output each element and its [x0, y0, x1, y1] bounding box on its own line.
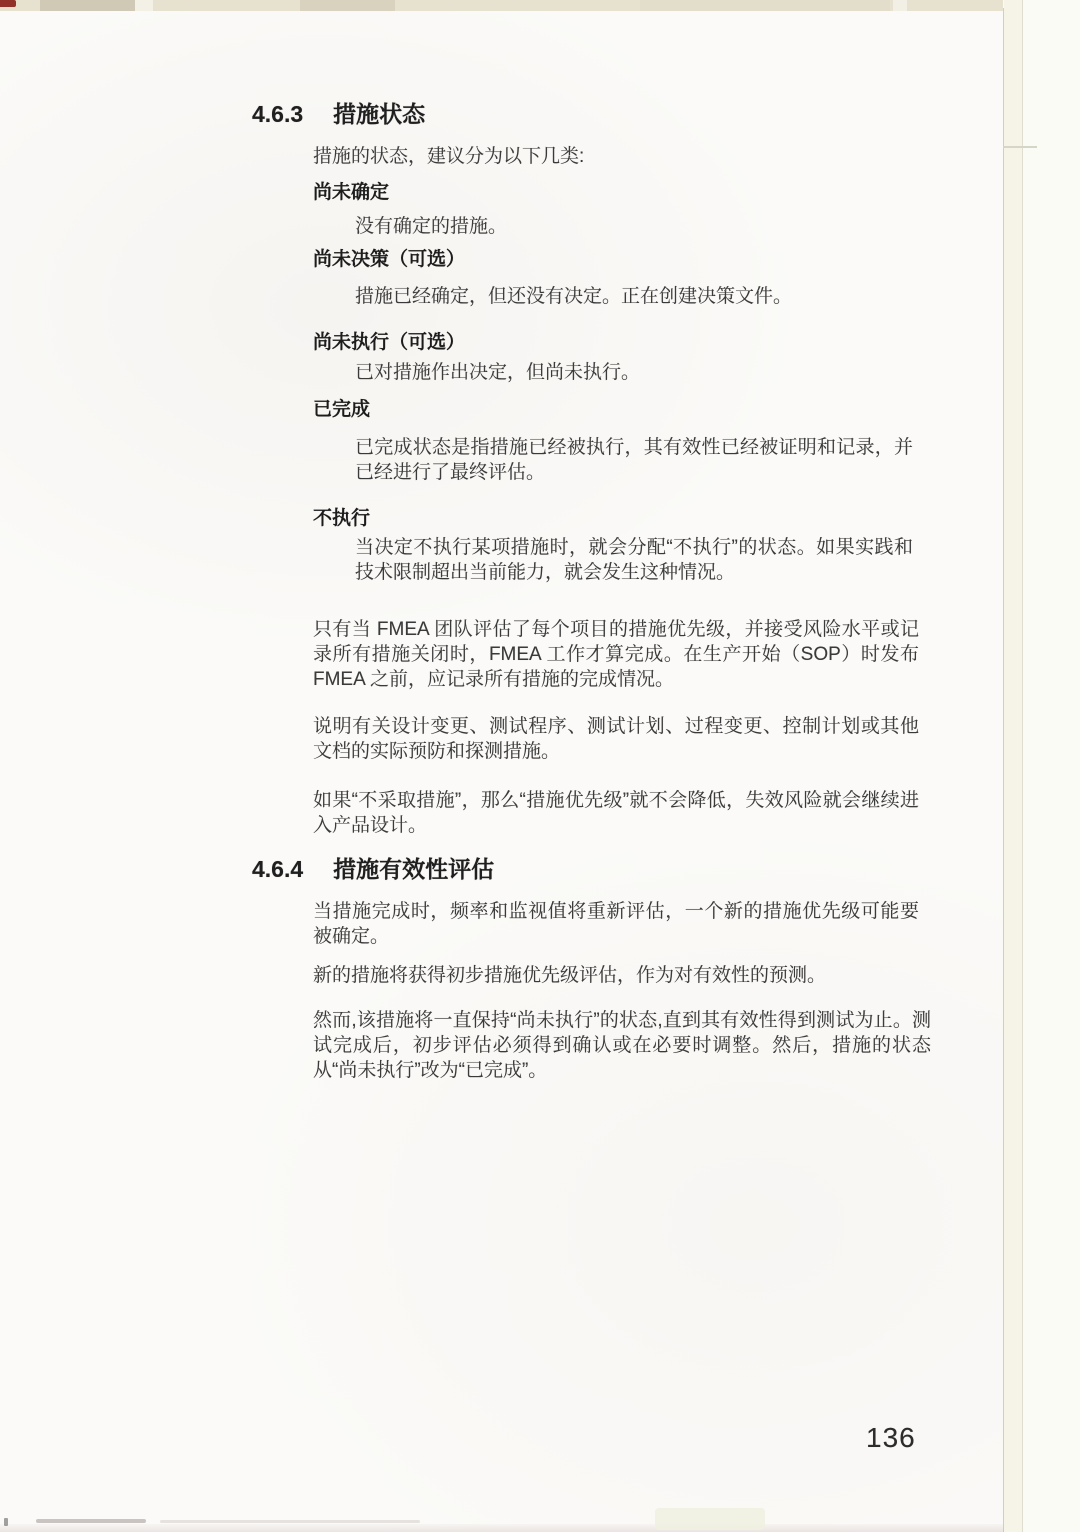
section-463-title: 措施状态 [333, 101, 425, 127]
scan-edge-bottom [0, 1524, 1004, 1532]
status-definition-undetermined: 没有确定的措施。 [355, 214, 915, 239]
scan-edge-right [1023, 0, 1080, 1532]
status-term-no-action: 不执行 [313, 506, 370, 531]
scan-edge-patch [40, 0, 135, 11]
document-page: 4.6.3 措施状态 措施的状态，建议分为以下几类: 尚未确定 没有确定的措施。… [0, 0, 1080, 1532]
status-definition-completed: 已完成状态是指措施已经被执行，其有效性已经被证明和记录，并已经进行了最终评估。 [355, 435, 913, 485]
page-edge-strip [1004, 0, 1022, 1532]
page-edge-line [1003, 8, 1004, 1532]
page-edge-line [1022, 0, 1023, 1532]
paragraph-document-measures: 说明有关设计变更、测试程序、测试计划、过程变更、控制计划或其他文档的实际预防和探… [313, 714, 919, 764]
paragraph-reassessment: 当措施完成时，频率和监视值将重新评估，一个新的措施优先级可能要被确定。 [313, 899, 919, 949]
status-term-not-implemented: 尚未执行（可选） [313, 330, 465, 355]
scan-edge-patch [893, 0, 907, 11]
section-464-heading: 4.6.4 措施有效性评估 [252, 856, 494, 882]
section-463-number: 4.6.3 [252, 101, 303, 127]
status-term-completed: 已完成 [313, 397, 370, 422]
scan-tick-mark [1003, 146, 1037, 148]
section-464-title: 措施有效性评估 [333, 856, 494, 882]
section-463-intro: 措施的状态，建议分为以下几类: [313, 144, 913, 169]
page-number: 136 [866, 1422, 916, 1454]
paragraph-status-change: 然而,该措施将一直保持“尚未执行”的状态,直到其有效性得到测试为止。测试完成后，… [313, 1008, 931, 1083]
scan-edge-patch [135, 0, 153, 11]
scan-smudge [4, 1518, 8, 1526]
status-definition-undecided: 措施已经确定，但还没有决定。正在创建决策文件。 [355, 284, 915, 309]
status-term-undetermined: 尚未确定 [313, 180, 389, 205]
scan-edge-patch [300, 0, 395, 11]
section-464-number: 4.6.4 [252, 856, 303, 882]
paragraph-fmea-completion: 只有当 FMEA 团队评估了每个项目的措施优先级，并接受风险水平或记录所有措施关… [313, 617, 919, 692]
status-definition-no-action: 当决定不执行某项措施时，就会分配“不执行”的状态。如果实践和技术限制超出当前能力… [355, 535, 913, 585]
status-term-undecided: 尚未决策（可选） [313, 247, 465, 272]
scan-smudge [160, 1520, 420, 1523]
scan-red-mark [0, 0, 16, 7]
scan-smudge [36, 1519, 146, 1523]
scan-smudge [655, 1508, 765, 1530]
status-definition-not-implemented: 已对措施作出决定，但尚未执行。 [355, 360, 915, 385]
paragraph-no-action-risk: 如果“不采取措施”，那么“措施优先级”就不会降低，失效风险就会继续进入产品设计。 [313, 788, 919, 838]
scan-edge-patch [640, 0, 890, 11]
section-463-heading: 4.6.3 措施状态 [252, 101, 425, 127]
paragraph-preliminary-ap: 新的措施将获得初步措施优先级评估，作为对有效性的预测。 [313, 963, 919, 988]
scan-edge-top [0, 0, 1003, 11]
